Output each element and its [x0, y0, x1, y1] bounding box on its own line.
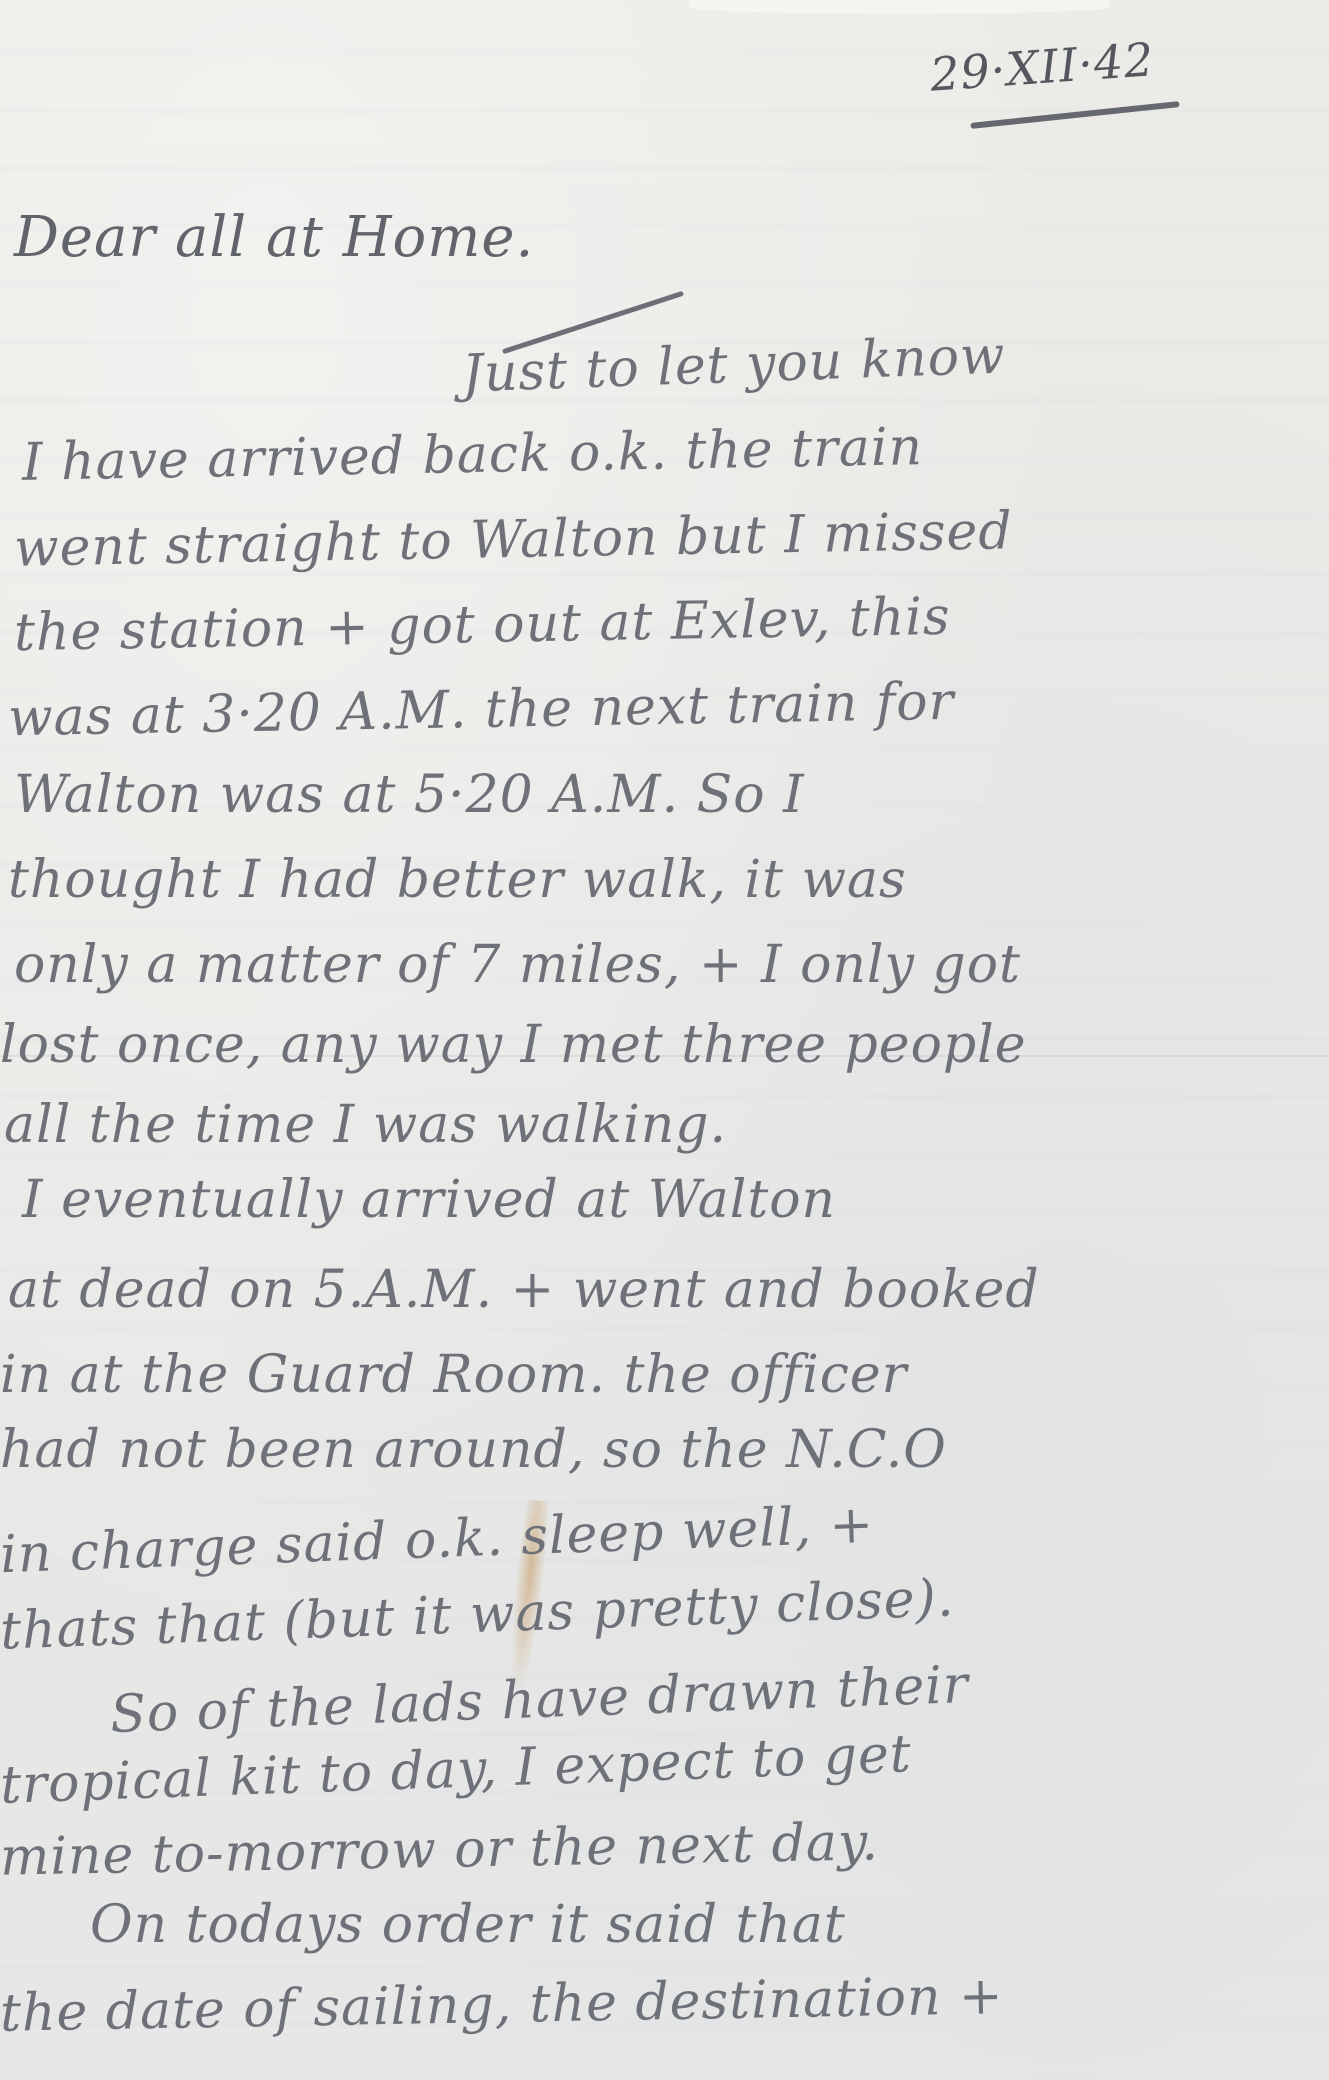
torn-top-edge	[690, 0, 1110, 14]
letter-line: On todays order it said that	[90, 1895, 846, 1955]
letter-salutation: Dear all at Home.	[14, 205, 534, 270]
letter-line: at dead on 5.A.M. + went and booked	[8, 1260, 1040, 1320]
letter-line: in at the Guard Room. the officer	[0, 1345, 907, 1405]
letter-line: I eventually arrived at Walton	[22, 1170, 836, 1230]
letter-line: only a matter of 7 miles, + I only got	[14, 935, 1021, 995]
letter-line: lost once, any way I met three people	[0, 1015, 1027, 1075]
letter-line: thought I had better walk, it was	[8, 850, 907, 910]
letter-line: Walton was at 5·20 A.M. So I	[14, 765, 805, 825]
letter-line: all the time I was walking.	[4, 1095, 727, 1155]
letter-line: had not been around, so the N.C.O	[0, 1420, 947, 1480]
